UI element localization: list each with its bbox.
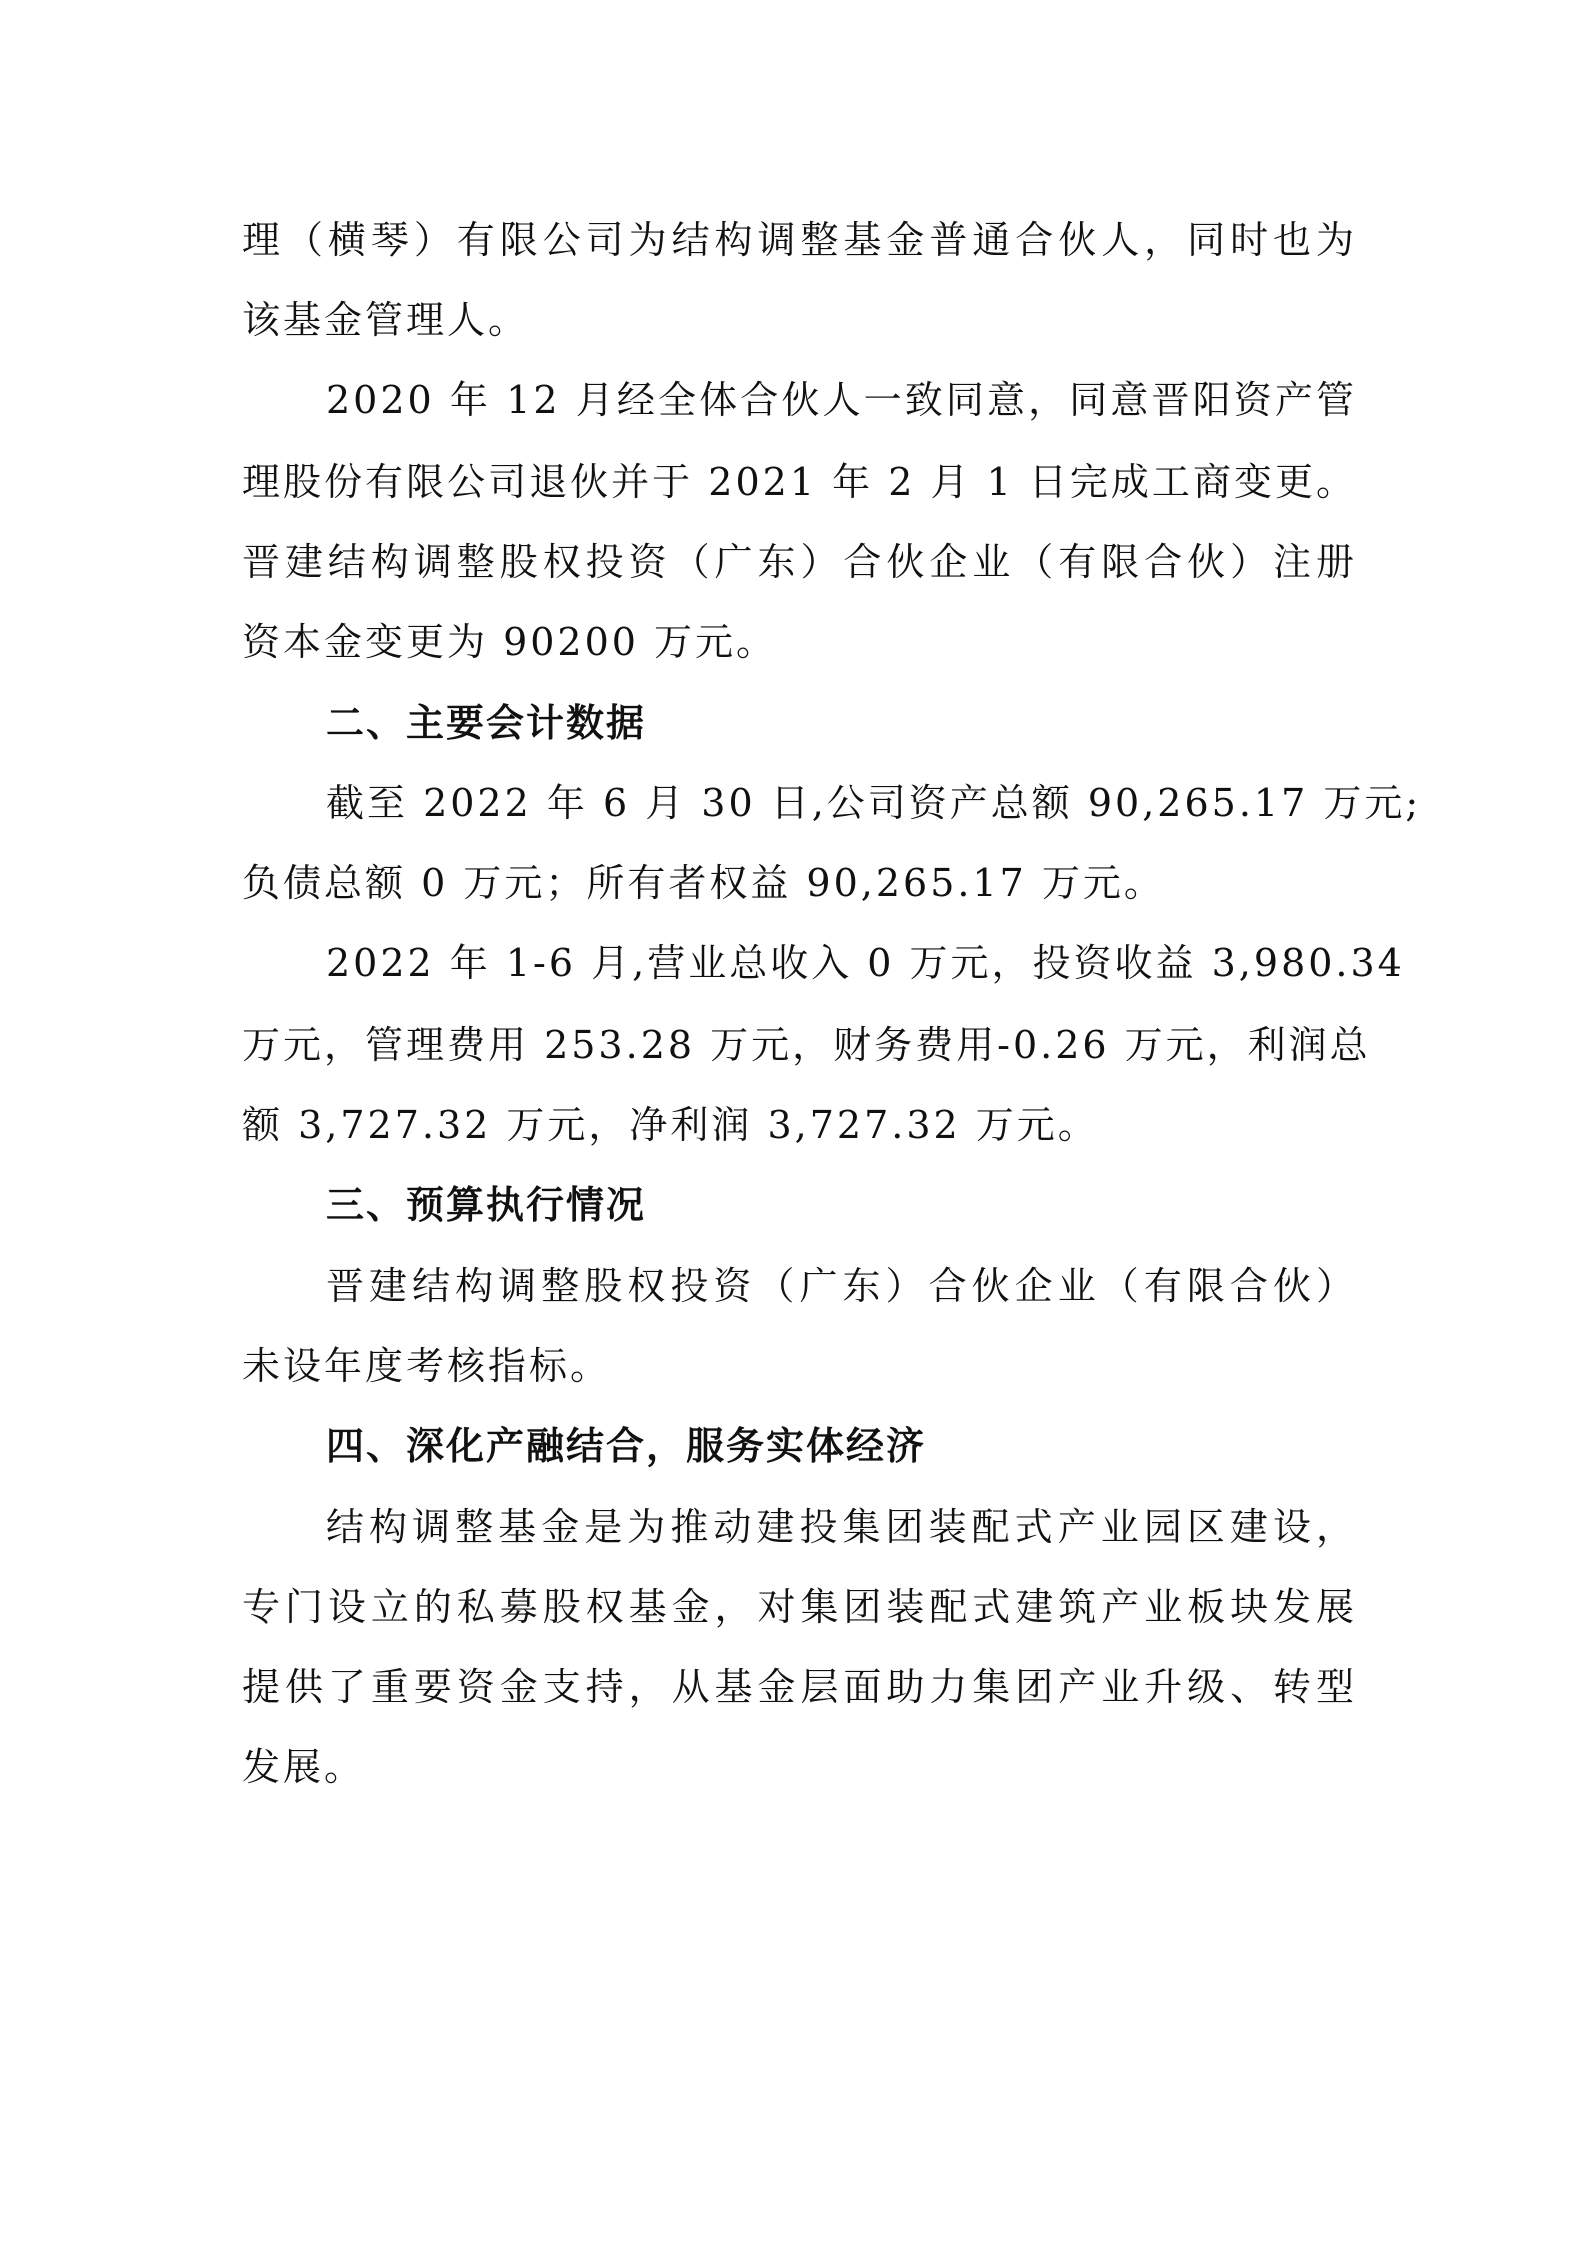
paragraph-line: 额 3,727.32 万元，净利润 3,727.32 万元。 <box>242 1100 1099 1150</box>
paragraph-line: 2022 年 1-6 月,营业总收入 0 万元，投资收益 3,980.34 <box>326 938 1357 988</box>
paragraph-line: 负债总额 0 万元；所有者权益 90,265.17 万元。 <box>242 858 1165 908</box>
section-heading-accounting-data: 二、主要会计数据 <box>326 698 646 748</box>
paragraph-line: 未设年度考核指标。 <box>242 1341 611 1391</box>
paragraph-line: 万元，管理费用 253.28 万元，财务费用-0.26 万元，利润总 <box>242 1020 1357 1070</box>
paragraph-line: 截至 2022 年 6 月 30 日,公司资产总额 90,265.17 万元; <box>326 778 1357 828</box>
paragraph-line: 提供了重要资金支持，从基金层面助力集团产业升级、转型 <box>242 1662 1357 1712</box>
paragraph-line: 发展。 <box>242 1742 365 1792</box>
paragraph-line: 晋建结构调整股权投资（广东）合伙企业（有限合伙） <box>326 1261 1357 1311</box>
section-heading-budget-execution: 三、预算执行情况 <box>326 1180 646 1230</box>
paragraph-line: 2020 年 12 月经全体合伙人一致同意，同意晋阳资产管 <box>326 375 1357 425</box>
section-heading-industry-finance: 四、深化产融结合，服务实体经济 <box>326 1421 926 1471</box>
paragraph-line: 理（横琴）有限公司为结构调整基金普通合伙人，同时也为 <box>242 215 1357 265</box>
paragraph-line: 结构调整基金是为推动建投集团装配式产业园区建设， <box>326 1502 1357 1552</box>
paragraph-line: 专门设立的私募股权基金，对集团装配式建筑产业板块发展 <box>242 1582 1357 1632</box>
paragraph-line: 该基金管理人。 <box>242 295 529 345</box>
paragraph-line: 资本金变更为 90200 万元。 <box>242 617 777 667</box>
paragraph-line: 理股份有限公司退伙并于 2021 年 2 月 1 日完成工商变更。 <box>242 457 1357 507</box>
paragraph-line: 晋建结构调整股权投资（广东）合伙企业（有限合伙）注册 <box>242 537 1357 587</box>
document-page: 理（横琴）有限公司为结构调整基金普通合伙人，同时也为 该基金管理人。 2020 … <box>0 0 1587 2245</box>
